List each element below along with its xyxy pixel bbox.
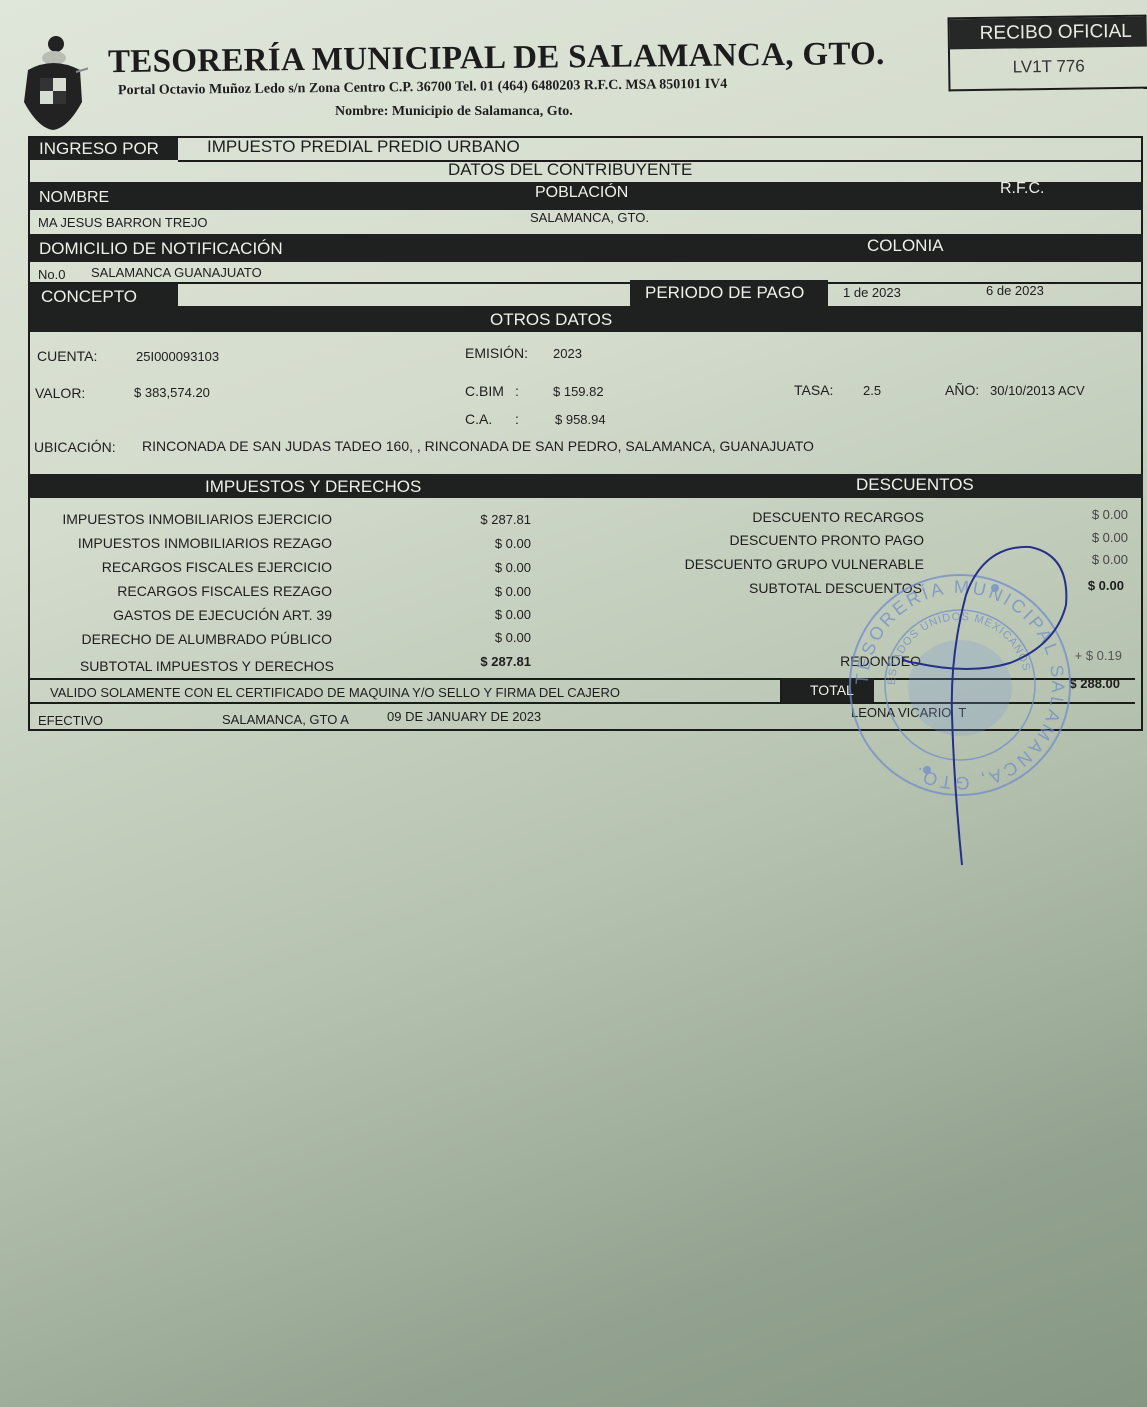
tasa-label: TASA:: [794, 382, 833, 398]
crest-icon: [18, 32, 88, 132]
contribuyente-header-band: NOMBRE POBLACIÓN R.F.C.: [30, 182, 1143, 210]
impuestos-subtotal-value: $ 287.81: [440, 654, 531, 669]
ca-sep: :: [515, 411, 519, 427]
anio-label: AÑO:: [945, 382, 979, 398]
treasury-name: Nombre: Municipio de Salamanca, Gto.: [335, 104, 573, 120]
descuento-label: DESCUENTO RECARGOS: [600, 509, 924, 525]
impuesto-label: RECARGOS FISCALES REZAGO: [40, 583, 332, 599]
otros-datos-band: OTROS DATOS: [30, 306, 1143, 332]
impuesto-amount: $ 0.00: [440, 607, 531, 622]
impuesto-label: DERECHO DE ALUMBRADO PÚBLICO: [40, 631, 332, 647]
valor-label: VALOR:: [35, 385, 85, 401]
receipt-box: RECIBO OFICIAL LV1T 776: [947, 15, 1147, 92]
impuesto-amount: $ 287.81: [440, 512, 531, 527]
ingreso-value: IMPUESTO PREDIAL PREDIO URBANO: [207, 137, 520, 157]
domicilio-value: SALAMANCA GUANAJUATO: [91, 265, 262, 280]
periodo-desde: 1 de 2023: [843, 285, 901, 300]
ubicacion-label: UBICACIÓN:: [34, 439, 116, 455]
impuesto-amount: $ 0.00: [440, 584, 531, 599]
valor-value: $ 383,574.20: [134, 385, 210, 400]
redondeo-label: REDONDEO: [760, 653, 921, 669]
anio-value: 30/10/2013 ACV: [990, 383, 1085, 398]
cashier: LEONA VICARIO T: [851, 705, 966, 720]
descuento-amount: $ 0.00: [1040, 530, 1128, 545]
cuenta-value: 25I000093103: [136, 349, 219, 364]
contribuyente-title: DATOS DEL CONTRIBUYENTE: [448, 160, 692, 180]
descuento-label: DESCUENTO PRONTO PAGO: [600, 532, 924, 548]
periodo-label: PERIODO DE PAGO: [630, 280, 828, 306]
impuesto-label: IMPUESTOS INMOBILIARIOS EJERCICIO: [40, 511, 332, 527]
tasa-value: 2.5: [863, 383, 881, 398]
descuento-amount: $ 0.00: [1040, 552, 1128, 567]
impuestos-title: IMPUESTOS Y DERECHOS: [205, 477, 421, 497]
impuestos-descuentos-band: IMPUESTOS Y DERECHOS DESCUENTOS: [30, 474, 1143, 498]
total-label: TOTAL: [782, 678, 874, 702]
cbim-label: C.BIM: [465, 383, 504, 399]
ca-label: C.A.: [465, 411, 492, 427]
receipt-folio: LV1T 776: [950, 47, 1147, 88]
nombre-value: MA JESUS BARRON TREJO: [38, 215, 208, 230]
payment-method: EFECTIVO: [38, 713, 103, 728]
validity-note: VALIDO SOLAMENTE CON EL CERTIFICADO DE M…: [50, 685, 620, 700]
treasury-title: TESORERÍA MUNICIPAL DE SALAMANCA, GTO.: [108, 36, 885, 81]
total-value: $ 288.00: [1040, 676, 1120, 691]
domicilio-header-band: DOMICILIO DE NOTIFICACIÓN COLONIA: [30, 234, 1143, 262]
treasury-address: Portal Octavio Muñoz Ledo s/n Zona Centr…: [118, 77, 727, 99]
impuesto-amount: $ 0.00: [440, 536, 531, 551]
cbim-value: $ 159.82: [553, 384, 604, 399]
poblacion-value: SALAMANCA, GTO.: [530, 210, 649, 225]
descuento-label: DESCUENTO GRUPO VULNERABLE: [600, 556, 924, 572]
place: SALAMANCA, GTO A: [222, 712, 349, 727]
colonia-label: COLONIA: [867, 236, 944, 256]
impuesto-label: RECARGOS FISCALES EJERCICIO: [40, 559, 332, 575]
receipt-label: RECIBO OFICIAL: [950, 17, 1147, 50]
ca-value: $ 958.94: [555, 412, 606, 427]
descuento-amount: $ 0.00: [1040, 507, 1128, 522]
otros-datos-title: OTROS DATOS: [490, 310, 612, 330]
descuentos-title: DESCUENTOS: [856, 475, 974, 495]
cbim-sep: :: [515, 383, 519, 399]
descuentos-subtotal-label: SUBTOTAL DESCUENTOS: [600, 580, 922, 596]
redondeo-value: + $ 0.19: [1040, 648, 1122, 663]
domicilio-label: DOMICILIO DE NOTIFICACIÓN: [39, 239, 283, 259]
emision-label: EMISIÓN:: [465, 345, 528, 361]
periodo-hasta: 6 de 2023: [986, 283, 1044, 298]
descuentos-subtotal-value: $ 0.00: [1040, 578, 1124, 593]
impuesto-label: IMPUESTOS INMOBILIARIOS REZAGO: [40, 535, 332, 551]
domicilio-number: No.0: [38, 267, 65, 282]
impuestos-subtotal-label: SUBTOTAL IMPUESTOS Y DERECHOS: [40, 658, 334, 674]
ubicacion-value: RINCONADA DE SAN JUDAS TADEO 160, , RINC…: [142, 438, 814, 454]
emision-value: 2023: [553, 346, 582, 361]
impuesto-label: GASTOS DE EJECUCIÓN ART. 39: [40, 607, 332, 623]
impuesto-amount: $ 0.00: [440, 630, 531, 645]
rfc-label: R.F.C.: [1000, 180, 1044, 198]
cuenta-label: CUENTA:: [37, 348, 97, 364]
date: 09 DE JANUARY DE 2023: [387, 709, 541, 724]
ingreso-label: INGRESO POR: [30, 138, 178, 160]
impuesto-amount: $ 0.00: [440, 560, 531, 575]
poblacion-label: POBLACIÓN: [535, 184, 628, 202]
nombre-label: NOMBRE: [39, 189, 109, 207]
